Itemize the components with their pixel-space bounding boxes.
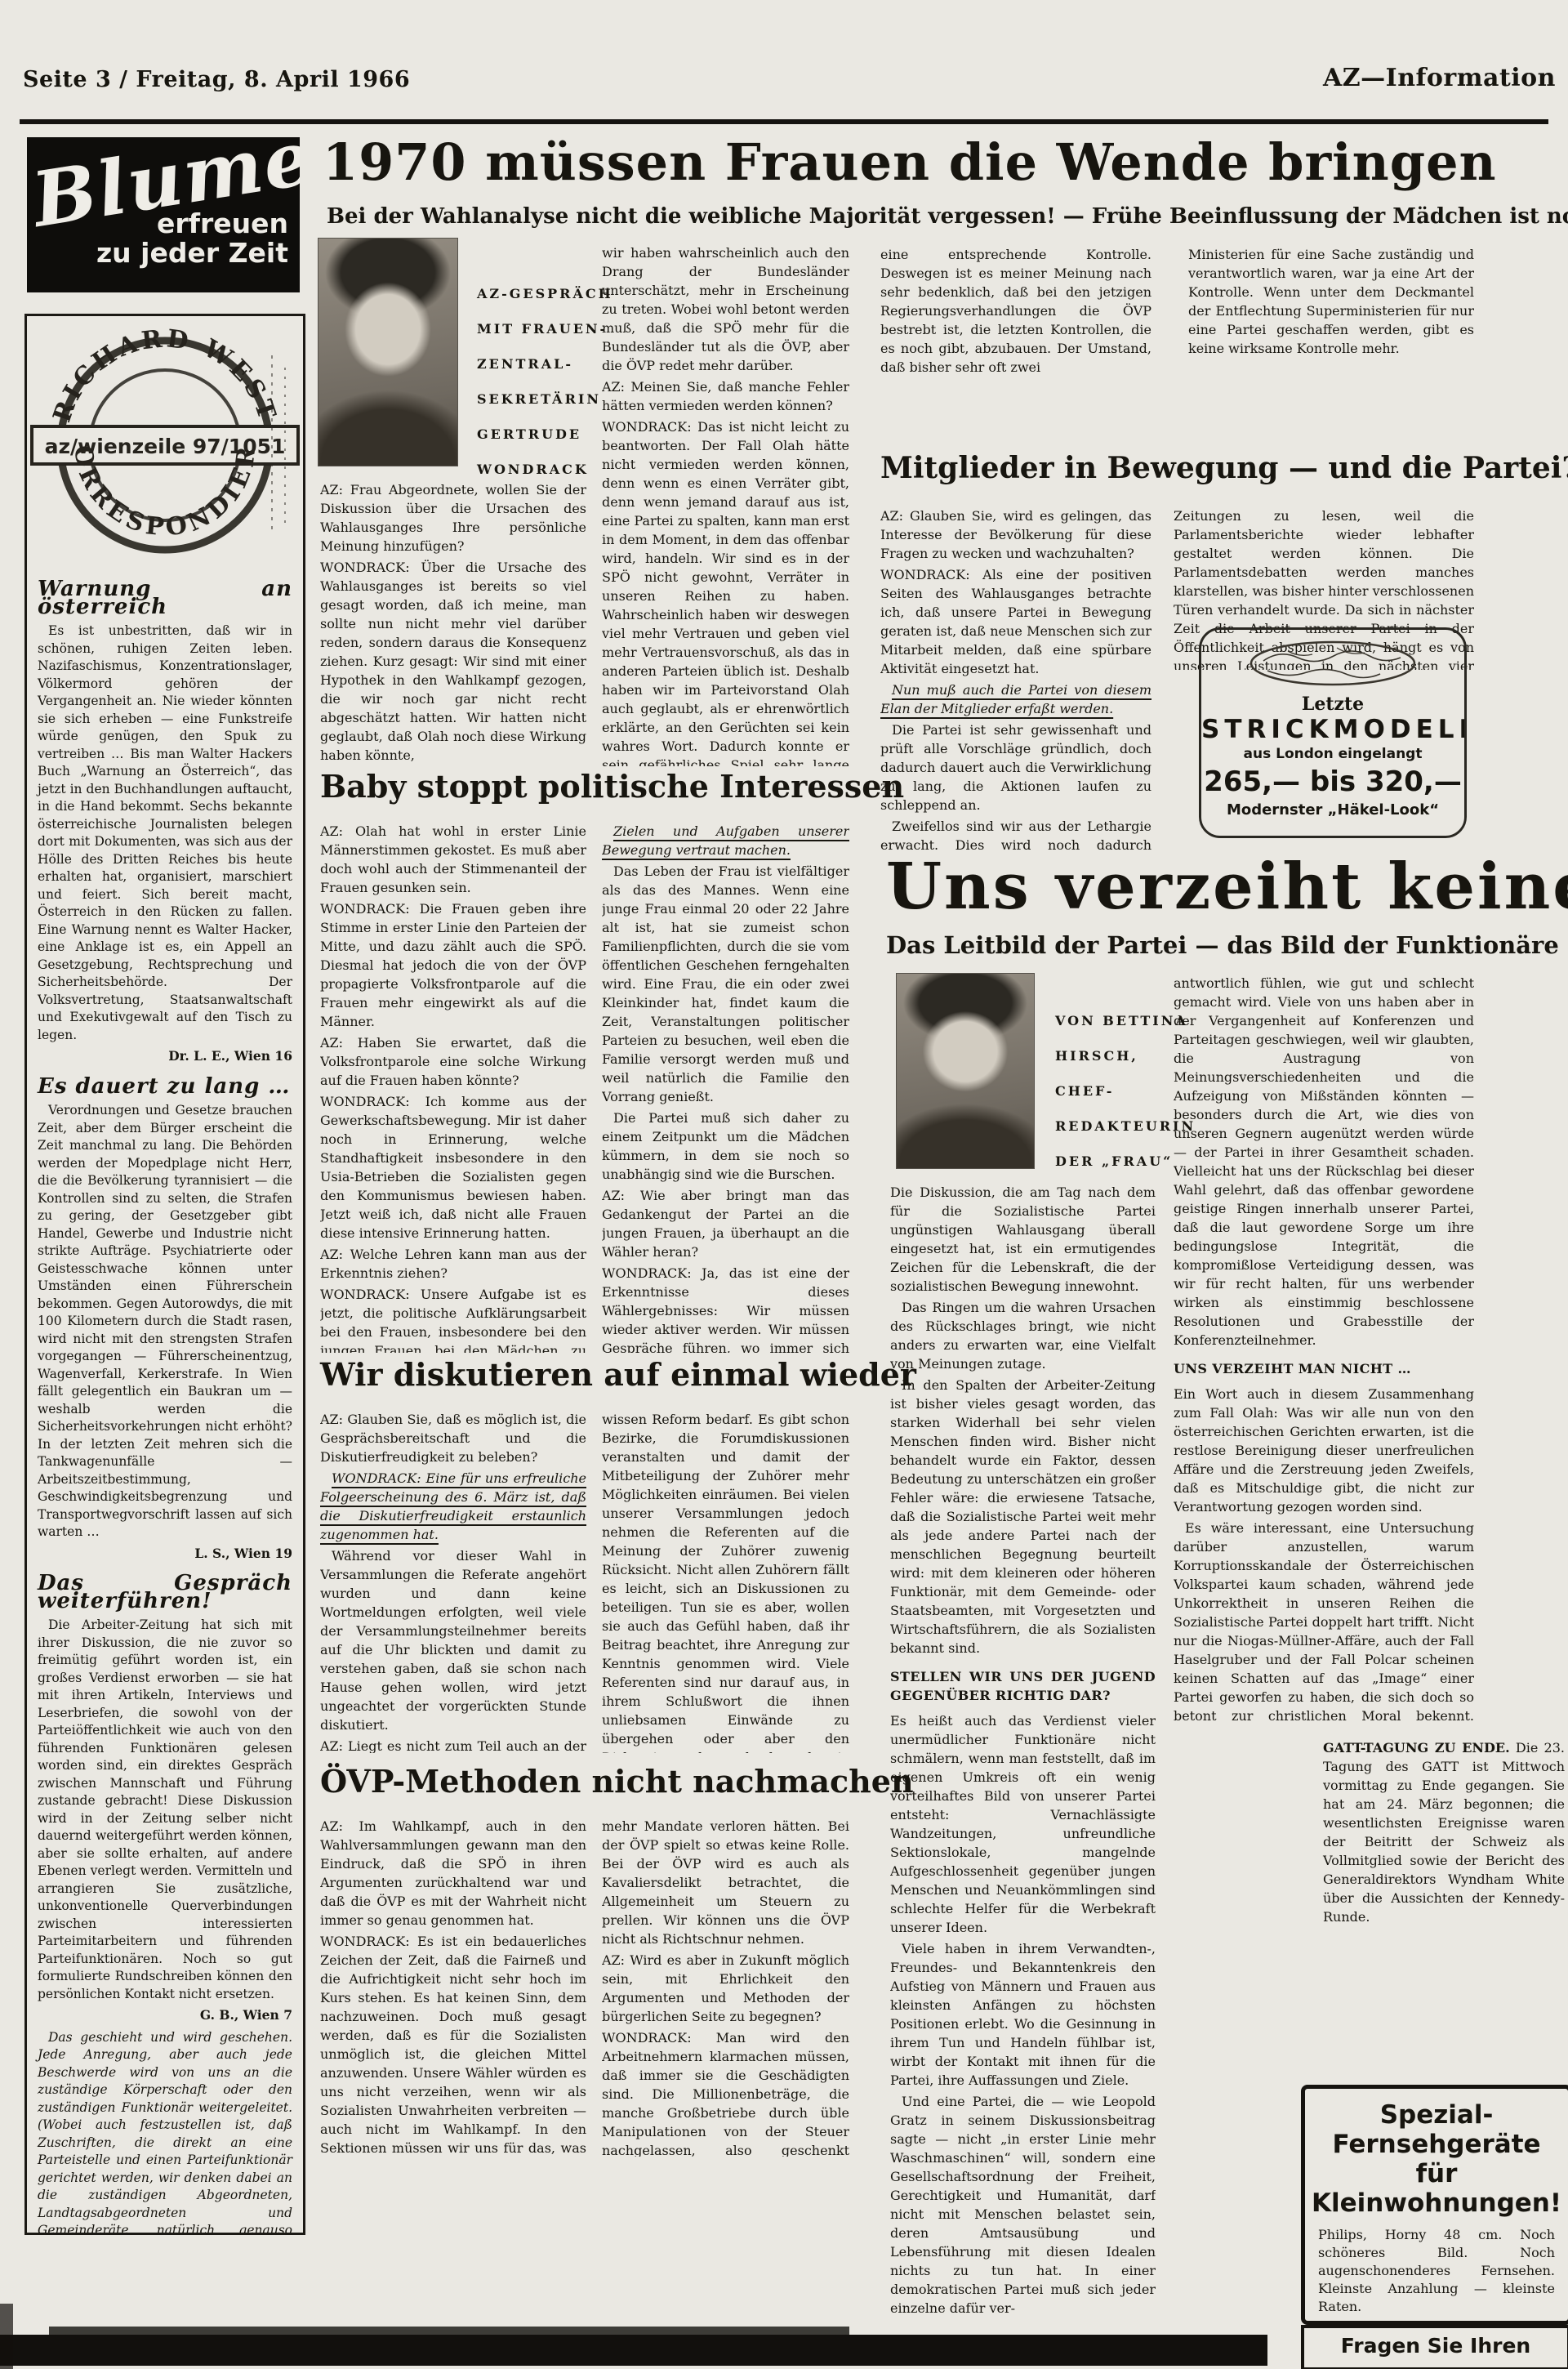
baby-headline: Baby stoppt politische Interessen bbox=[320, 768, 849, 805]
gatt-lead: GATT-TAGUNG ZU ENDE. bbox=[1323, 1740, 1510, 1756]
lead-subhead: Bei der Wahlanalyse nicht die weibliche … bbox=[327, 204, 1462, 229]
letters-column: Warnung an österreich Es ist unbestritte… bbox=[27, 581, 303, 2235]
oevp-headline: ÖVP-Methoden nicht nachmachen bbox=[320, 1763, 849, 1800]
letter-title: Es dauert zu lang … bbox=[38, 1078, 292, 1096]
tv-ad-line1: Spezial-Fernsehgeräte bbox=[1305, 2100, 1568, 2159]
tv-ad-line2: für Kleinwohnungen! bbox=[1305, 2159, 1568, 2218]
verzeiht-col-1: Die Diskussion, die am Tag nach dem für … bbox=[890, 1183, 1156, 2361]
wondrack-photo bbox=[318, 239, 457, 466]
diskutieren-headline: Wir diskutieren auf einmal wieder bbox=[320, 1356, 849, 1393]
mitglieder-headline: Mitglieder in Bewegung — und die Partei? bbox=[880, 451, 1474, 485]
gatt-note: GATT-TAGUNG ZU ENDE. Die 23. Tagung des … bbox=[1323, 1738, 1565, 1926]
tv-ad: Spezial-Fernsehgeräte für Kleinwohnungen… bbox=[1301, 2085, 1568, 2325]
bottom-ink-smear bbox=[49, 2327, 849, 2335]
sweater-sketch bbox=[1239, 636, 1427, 690]
strick-price: 265,— bis 320,— bbox=[1201, 765, 1464, 798]
diskutieren-col-2: wissen Reform bedarf. Es gibt schon Bezi… bbox=[602, 1410, 849, 1753]
lead-col-2: wir haben wahrscheinlich auch den Drang … bbox=[602, 243, 849, 766]
letter-dauert: Es dauert zu lang … Verordnungen und Ges… bbox=[38, 1078, 292, 1563]
letter-signature: L. S., Wien 19 bbox=[38, 1545, 292, 1563]
masthead-title: AZ—Information bbox=[1241, 64, 1556, 92]
letter-signature: G. B., Wien 7 bbox=[38, 2006, 292, 2024]
blumen-ad-sub2: zu jeder Zeit bbox=[27, 239, 288, 268]
hirsch-byline: VON BETTINAHIRSCH,CHEF-REDAKTEURINDER „F… bbox=[1055, 1013, 1178, 1189]
left-ink-smear bbox=[0, 2304, 13, 2369]
bottom-ink-bar bbox=[0, 2335, 1267, 2366]
verzeiht-subhead: Das Leitbild der Partei — das Bild der F… bbox=[886, 931, 1556, 959]
baby-col-2: Zielen und Aufgaben unserer Bewegung ver… bbox=[602, 822, 849, 1353]
strick-line3: aus London eingelangt bbox=[1201, 746, 1464, 762]
letter-gespraech: Das Gespräch weiterführen! Die Arbeiter-… bbox=[38, 1575, 292, 2024]
letter-body: Es ist unbestritten, daß wir in schönen,… bbox=[38, 622, 292, 1044]
newspaper-page: Seite 3 / Freitag, 8. April 1966 AZ—Info… bbox=[0, 0, 1568, 2369]
gatt-text: Die 23. Tagung des GATT ist Mittwoch vor… bbox=[1323, 1740, 1565, 1925]
diskutieren-col-1: AZ: Glauben Sie, daß es möglich ist, die… bbox=[320, 1410, 586, 1753]
lead-headline: 1970 müssen Frauen die Wende bringen bbox=[323, 132, 1466, 192]
tv-ad-body: Philips, Horny 48 cm. Noch schöneres Bil… bbox=[1305, 2218, 1568, 2316]
masthead-rule bbox=[20, 119, 1548, 124]
oevp-col-2: mehr Mandate verloren hätten. Bei der ÖV… bbox=[602, 1817, 849, 2157]
strick-line2: STRICKMODELLE bbox=[1201, 715, 1464, 744]
strick-line1: Letzte bbox=[1201, 694, 1464, 715]
lead-col-3: eine entsprechende Kontrolle. Deswegen i… bbox=[880, 245, 1151, 396]
letter-signature: Dr. L. E., Wien 16 bbox=[38, 1047, 292, 1065]
hirsch-photo bbox=[897, 974, 1034, 1168]
letter-title: Warnung an österreich bbox=[38, 581, 292, 616]
letter-body: Verordnungen und Gesetze brauchen Zeit, … bbox=[38, 1102, 292, 1541]
verzeiht-col-2: antwortlich fühlen, wie gut und schlecht… bbox=[1174, 974, 1474, 1724]
verzeiht-headline: Uns verzeiht keiner bbox=[886, 850, 1556, 924]
tv-ad-footer: Fragen Sie Ihren Fachhändler bbox=[1301, 2325, 1568, 2369]
letters-box: · RICHARD WEST · az/wienzeile 97/1051 KO… bbox=[24, 314, 305, 2235]
letter-warnung: Warnung an österreich Es ist unbestritte… bbox=[38, 581, 292, 1065]
strick-line5: Modernster „Häkel-Look“ bbox=[1201, 801, 1464, 819]
letter-title: Das Gespräch weiterführen! bbox=[38, 1575, 292, 1610]
baby-col-1: AZ: Olah hat wohl in erster Linie Männer… bbox=[320, 822, 586, 1353]
mitglieder-col-1: AZ: Glauben Sie, wird es gelingen, das I… bbox=[880, 506, 1151, 856]
lead-col-1: AZ: Frau Abgeordnete, wollen Sie der Dis… bbox=[320, 480, 586, 766]
correspondent-stamp: · RICHARD WEST · az/wienzeile 97/1051 KO… bbox=[30, 323, 300, 568]
blumen-ad: Blumen erfreuen zu jeder Zeit bbox=[27, 137, 300, 292]
letter-body: Die Arbeiter-Zeitung hat sich mit ihrer … bbox=[38, 1617, 292, 2003]
wondrack-photo-caption: AZ-GESPRÄCHMIT FRAUEN-ZENTRAL-SEKRETÄRIN… bbox=[477, 286, 608, 497]
lead-col-4: Ministerien für eine Sache zuständig und… bbox=[1188, 245, 1474, 396]
oevp-col-1: AZ: Im Wahlkampf, auch in den Wahlversam… bbox=[320, 1817, 586, 2157]
strickmodelle-ad: Letzte STRICKMODELLE aus London eingelan… bbox=[1199, 627, 1467, 838]
masthead-date: Seite 3 / Freitag, 8. April 1966 bbox=[23, 67, 595, 92]
editorial-reply: Das geschieht und wird geschehen. Jede A… bbox=[38, 2029, 292, 2236]
